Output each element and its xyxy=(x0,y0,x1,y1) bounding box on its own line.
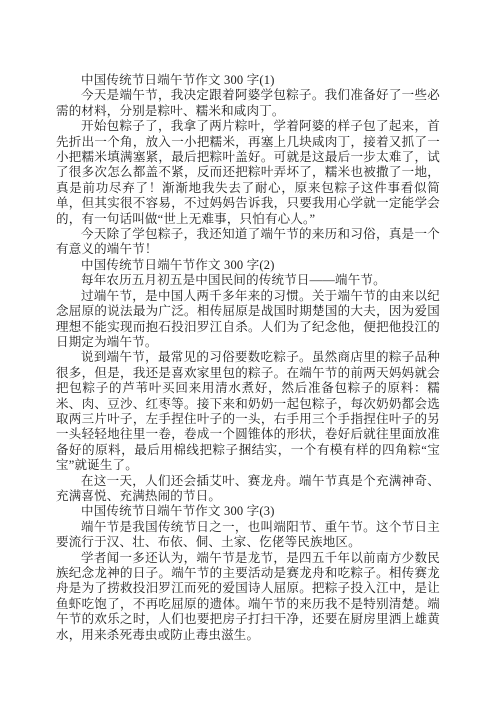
essay-title: 中国传统节日端午节作文 300 字(1) xyxy=(56,73,440,88)
essay-paragraph: 说到端午节，最常见的习俗要数吃粽子。虽然商店里的粽子品种很多，但是，我还是喜欢家… xyxy=(56,350,440,473)
essay-paragraph: 今天除了学包粽子，我还知道了端午节的来历和习俗，真是一个有意义的端午节！ xyxy=(56,227,440,258)
essay-paragraph: 过端午节，是中国人两千多年来的习惯。关于端午节的由来以纪念屈原的说法最为广泛。相… xyxy=(56,289,440,351)
essay-paragraph: 学者闻一多还认为，端午节是龙节，是四五千年以前南方少数民族纪念龙神的日子。端午节… xyxy=(56,551,440,643)
essay-paragraph: 在这一天，人们还会插艾叶、赛龙舟。端午节真是个充满神奇、充满喜悦、充满热闹的节日… xyxy=(56,474,440,505)
document-body: 中国传统节日端午节作文 300 字(1)今天是端午节，我决定跟着阿婆学包粽子。我… xyxy=(56,73,440,643)
essay-title: 中国传统节日端午节作文 300 字(3) xyxy=(56,504,440,519)
essay-paragraph: 今天是端午节，我决定跟着阿婆学包粽子。我们准备好了一些必需的材料，分别是粽叶、糯… xyxy=(56,88,440,119)
essay-paragraph: 开始包粽子了，我拿了两片粽叶，学着阿婆的样子包了起来，首先折出一个角，放入一小把… xyxy=(56,119,440,227)
essay-paragraph: 每年农历五月初五是中国民间的传统节日——端午节。 xyxy=(56,273,440,288)
essay-paragraph: 端午节是我国传统节日之一，也叫端阳节、重午节。这个节日主要流行于汉、壮、布依、侗… xyxy=(56,520,440,551)
essay-title: 中国传统节日端午节作文 300 字(2) xyxy=(56,258,440,273)
document-page: 中国传统节日端午节作文 300 字(1)今天是端午节，我决定跟着阿婆学包粽子。我… xyxy=(0,0,496,702)
